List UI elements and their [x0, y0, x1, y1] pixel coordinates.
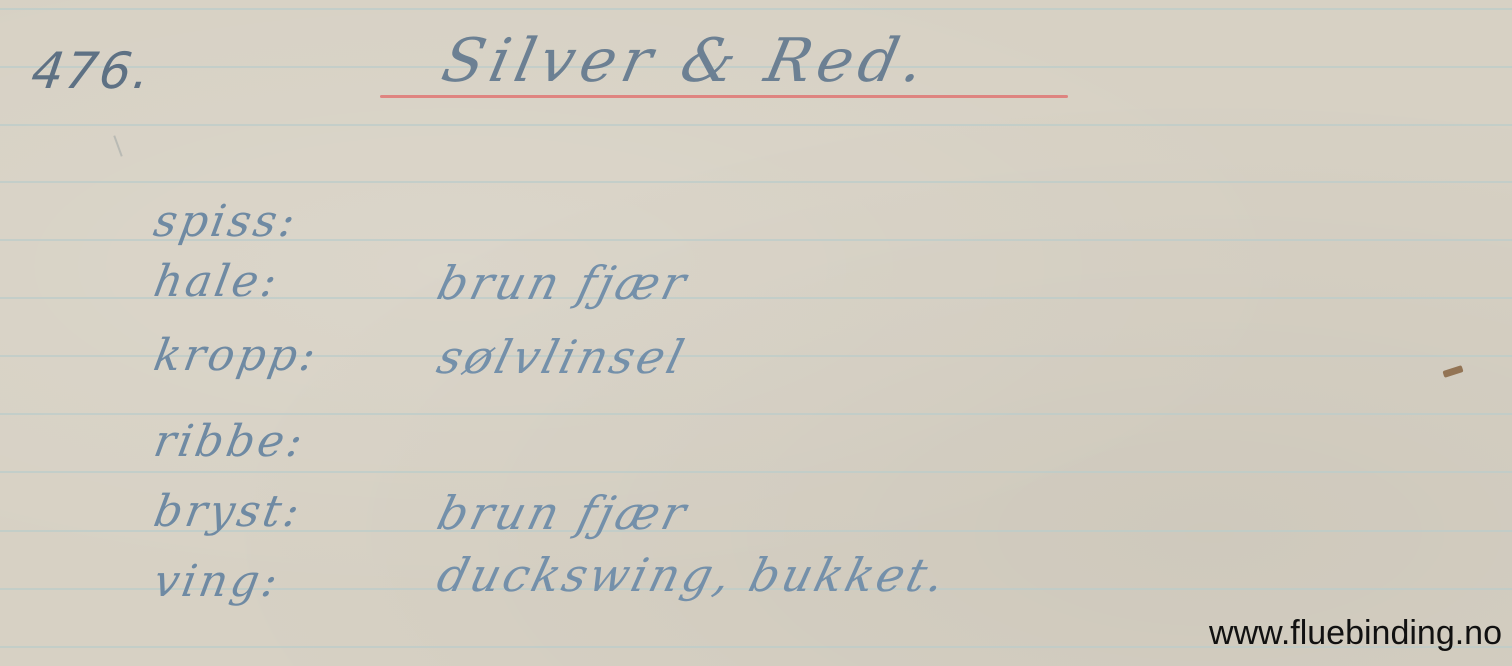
field-value-hale: brun fjær: [432, 256, 694, 310]
ruled-line: [0, 124, 1512, 126]
field-value-bryst: brun fjær: [432, 486, 694, 540]
ruled-line: [0, 8, 1512, 10]
ruled-line: [0, 413, 1512, 415]
ruled-line: [0, 181, 1512, 183]
notebook-page: 476. Silver & Red. spiss: hale: brun fjæ…: [0, 0, 1512, 666]
field-label-ribbe: ribbe:: [150, 416, 309, 467]
entry-number: 476.: [28, 42, 155, 100]
watermark-url: www.fluebinding.no: [1209, 614, 1502, 653]
field-label-ving: ving:: [150, 556, 284, 607]
field-label-bryst: bryst:: [150, 486, 306, 537]
field-label-spiss: spiss:: [150, 196, 302, 247]
field-label-kropp: kropp:: [150, 330, 322, 381]
pencil-mark: [113, 135, 122, 156]
field-value-kropp: sølvlinsel: [432, 330, 692, 384]
page-title: Silver & Red.: [436, 26, 936, 96]
field-value-ving: duckswing, bukket.: [432, 548, 953, 602]
ruled-line: [0, 471, 1512, 473]
paper-speck: [1442, 365, 1463, 378]
field-label-hale: hale:: [150, 256, 284, 307]
title-underline: [380, 95, 1068, 98]
